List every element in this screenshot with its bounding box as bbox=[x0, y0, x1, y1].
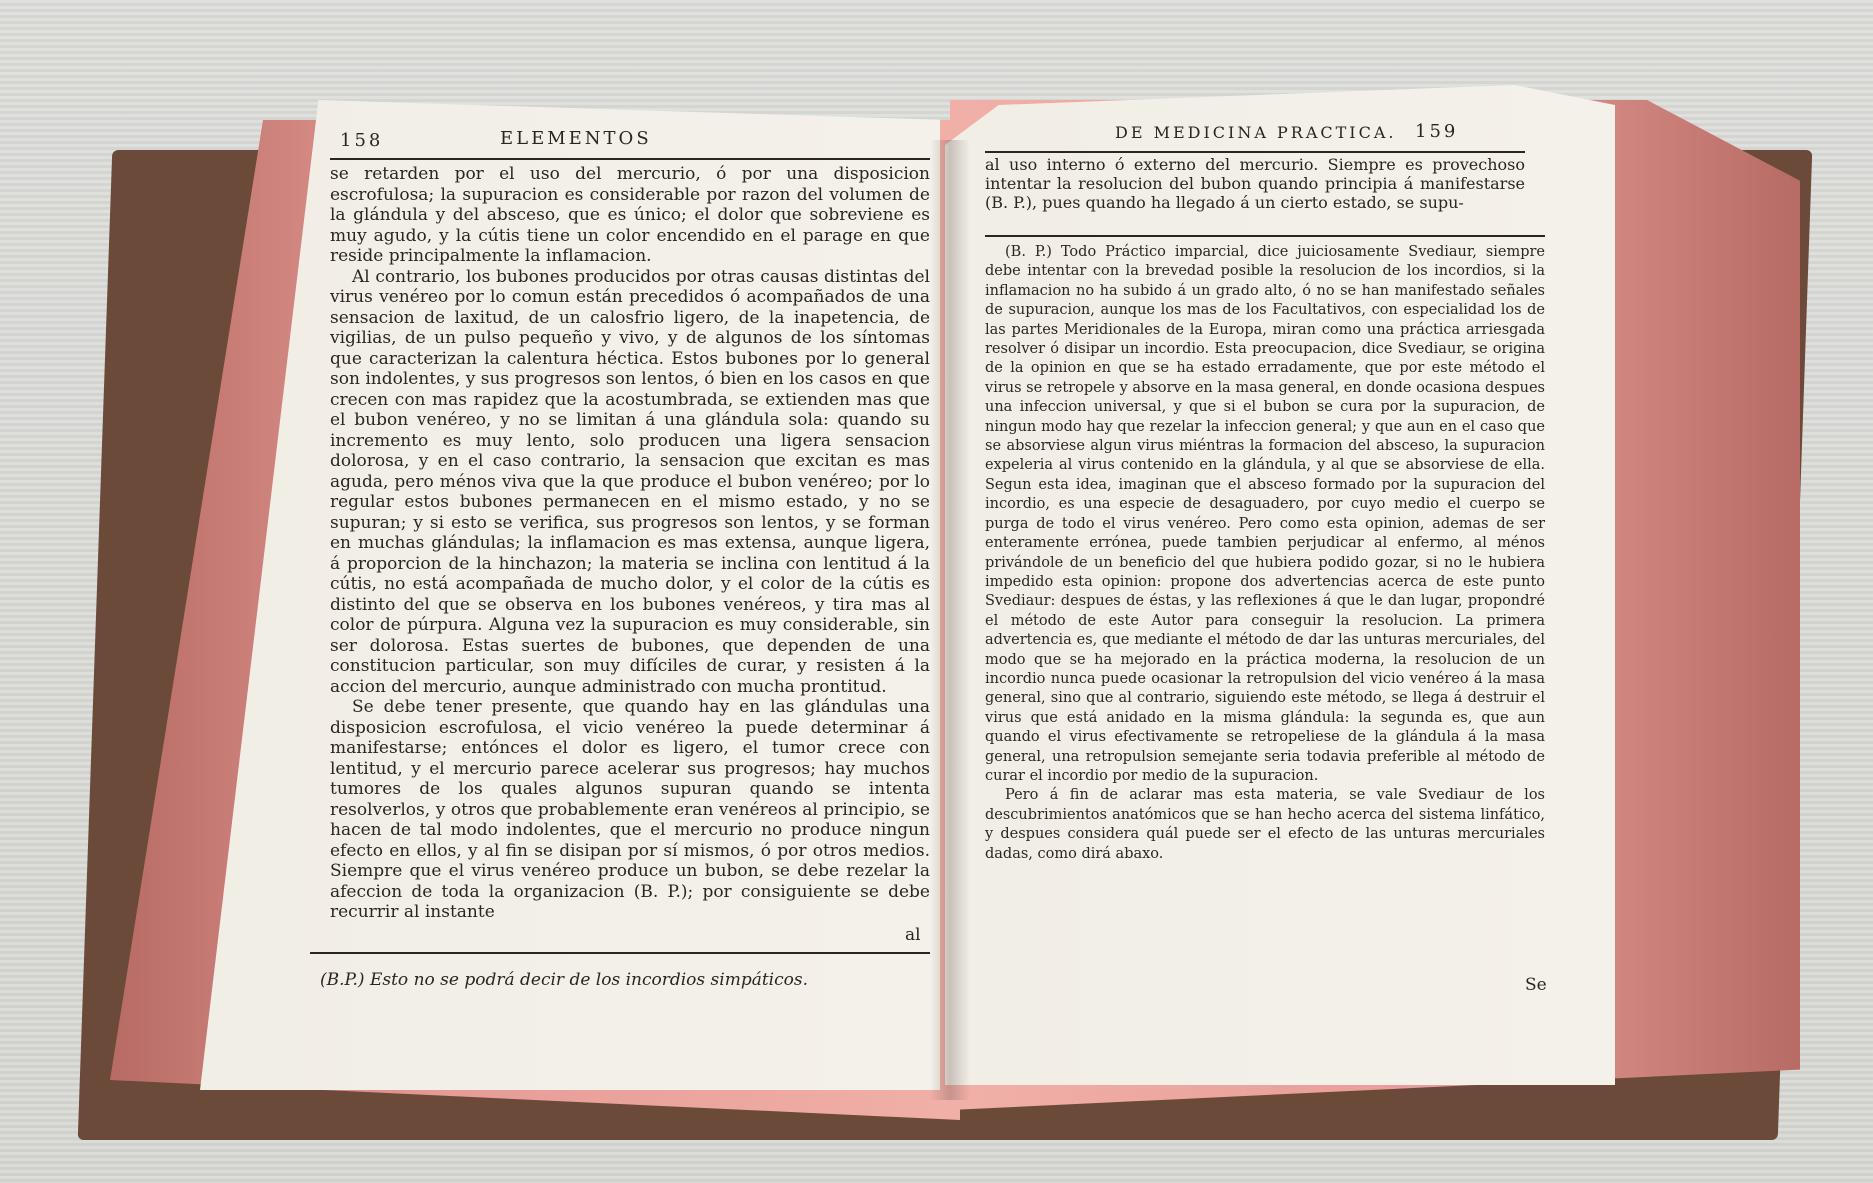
footnote-rule bbox=[310, 952, 930, 954]
right-body-text: al uso interno ó externo del mercurio. S… bbox=[985, 155, 1525, 212]
footnote-paragraph: Pero á fin de aclarar mas esta materia, … bbox=[985, 786, 1545, 864]
right-page-number: 159 bbox=[1415, 121, 1458, 142]
left-body-text: se retarden por el uso del mercurio, ó p… bbox=[330, 164, 930, 923]
header-rule bbox=[330, 158, 930, 160]
header-rule bbox=[985, 151, 1525, 153]
footnote: (B.P.) Esto no se podrá decir de los inc… bbox=[320, 970, 940, 990]
paragraph: Al contrario, los bubones producidos por… bbox=[330, 267, 930, 698]
left-page-number: 158 bbox=[340, 130, 383, 151]
left-running-head: ELEMENTOS bbox=[500, 128, 652, 149]
footnote-paragraph: (B. P.) Todo Práctico imparcial, dice ju… bbox=[985, 243, 1545, 786]
catchword: al bbox=[905, 925, 921, 945]
right-page: DE MEDICINA PRACTICA. 159 al uso interno… bbox=[945, 85, 1615, 1085]
left-page: 158 ELEMENTOS se retarden por el uso del… bbox=[200, 100, 940, 1090]
paragraph: Se debe tener presente, que quando hay e… bbox=[330, 697, 930, 923]
paragraph: al uso interno ó externo del mercurio. S… bbox=[985, 155, 1525, 212]
right-running-head: DE MEDICINA PRACTICA. bbox=[1115, 123, 1397, 142]
footnote-rule bbox=[985, 235, 1545, 237]
right-footnote-text: (B. P.) Todo Práctico imparcial, dice ju… bbox=[985, 243, 1545, 864]
paragraph: se retarden por el uso del mercurio, ó p… bbox=[330, 164, 930, 267]
book-gutter bbox=[930, 140, 970, 1100]
catchword: Se bbox=[1525, 975, 1547, 995]
